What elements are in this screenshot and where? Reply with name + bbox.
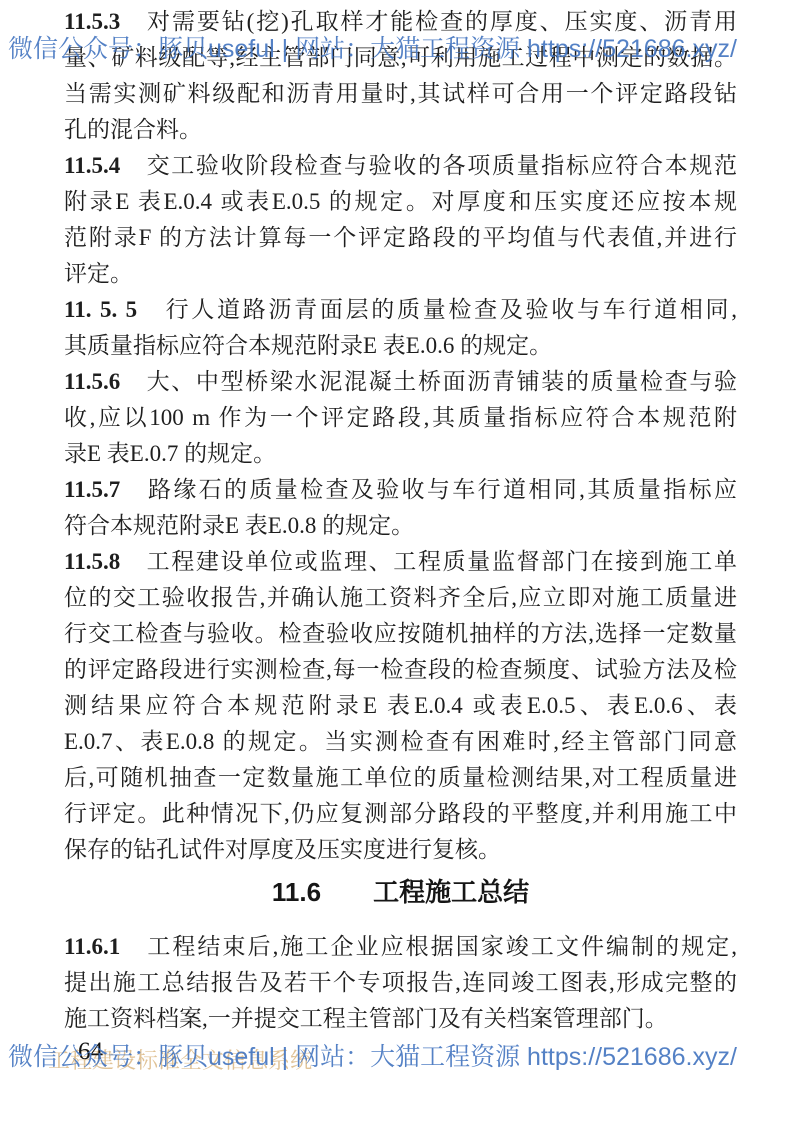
section-number: 11.6 (272, 877, 321, 907)
text-line: 收,应以100 m 作为一个评定路段,其质量指标应符合本规范附 (64, 400, 737, 436)
clause-11-5-4: 11.5.4 交工验收阶段检查与验收的各项质量指标应符合本规范 附录E 表E.0… (64, 148, 737, 292)
clause-text: 交工验收阶段检查与验收的各项质量指标应符合本规范 (120, 153, 737, 178)
text-line: 施工资料档案,一并提交工程主管部门及有关档案管理部门。 (64, 1001, 737, 1037)
clause-number: 11.5.6 (64, 369, 120, 394)
clause-number: 11.5.7 (64, 477, 120, 502)
clause-11-5-5: 11. 5. 5 行人道路沥青面层的质量检查及验收与车行道相同, 其质量指标应符… (64, 292, 737, 364)
clause-11-5-6: 11.5.6 大、中型桥梁水泥混凝土桥面沥青铺装的质量检查与验 收,应以100 … (64, 364, 737, 472)
clause-number: 11.6.1 (64, 934, 120, 959)
clause-number: 11.5.8 (64, 549, 120, 574)
document-body: 11.5.3 对需要钻(挖)孔取样才能检查的厚度、压实度、沥青用 量、矿料级配等… (64, 0, 737, 1037)
clause-number: 11. 5. 5 (64, 297, 137, 322)
section-title: 工程施工总结 (373, 877, 529, 907)
text-line: 11.6.1 工程结束后,施工企业应根据国家竣工文件编制的规定, (64, 929, 737, 965)
clause-text: 工程结束后,施工企业应根据国家竣工文件编制的规定, (120, 934, 737, 959)
text-line: 行评定。此种情况下,仍应复测部分路段的平整度,并利用施工中 (64, 796, 737, 832)
clause-11-5-3: 11.5.3 对需要钻(挖)孔取样才能检查的厚度、压实度、沥青用 量、矿料级配等… (64, 4, 737, 148)
clause-number: 11.5.4 (64, 153, 120, 178)
clause-text: 行人道路沥青面层的质量检查及验收与车行道相同, (137, 297, 737, 322)
text-line: 录E 表E.0.7 的规定。 (64, 436, 737, 472)
text-line: 附录E 表E.0.4 或表E.0.5 的规定。对厚度和压实度还应按本规 (64, 184, 737, 220)
text-line: 11.5.7 路缘石的质量检查及验收与车行道相同,其质量指标应 (64, 472, 737, 508)
document-page: 微信公众号：豚贝useful | 网站：大猫工程资源 https://52168… (0, 0, 800, 1124)
text-line: 孔的混合料。 (64, 112, 737, 148)
clause-11-6-1: 11.6.1 工程结束后,施工企业应根据国家竣工文件编制的规定, 提出施工总结报… (64, 929, 737, 1037)
text-line: 的评定路段进行实测检查,每一检查段的检查频度、试验方法及检 (64, 652, 737, 688)
text-line: 提出施工总结报告及若干个专项报告,连同竣工图表,形成完整的 (64, 965, 737, 1001)
text-line: 测结果应符合本规范附录E 表E.0.4 或表E.0.5、表E.0.6、表 (64, 688, 737, 724)
text-line: 11.5.8 工程建设单位或监理、工程质量监督部门在接到施工单 (64, 544, 737, 580)
text-line: 11.5.6 大、中型桥梁水泥混凝土桥面沥青铺装的质量检查与验 (64, 364, 737, 400)
section-heading: 11.6工程施工总结 (64, 874, 737, 910)
clause-text: 路缘石的质量检查及验收与车行道相同,其质量指标应 (120, 477, 737, 502)
clause-11-5-8: 11.5.8 工程建设单位或监理、工程质量监督部门在接到施工单 位的交工验收报告… (64, 544, 737, 868)
text-line: 保存的钻孔试件对厚度及压实度进行复核。 (64, 832, 737, 868)
text-line: 11. 5. 5 行人道路沥青面层的质量检查及验收与车行道相同, (64, 292, 737, 328)
text-line: 11.5.4 交工验收阶段检查与验收的各项质量指标应符合本规范 (64, 148, 737, 184)
clause-11-5-7: 11.5.7 路缘石的质量检查及验收与车行道相同,其质量指标应 符合本规范附录E… (64, 472, 737, 544)
text-line: 行交工检查与验收。检查验收应按随机抽样的方法,选择一定数量 (64, 616, 737, 652)
text-line: 评定。 (64, 256, 737, 292)
text-line: E.0.7、表E.0.8 的规定。当实测检查有困难时,经主管部门同意 (64, 724, 737, 760)
clause-text: 工程建设单位或监理、工程质量监督部门在接到施工单 (120, 549, 737, 574)
text-line: 11.5.3 对需要钻(挖)孔取样才能检查的厚度、压实度、沥青用 (64, 4, 737, 40)
clause-number: 11.5.3 (64, 9, 120, 34)
text-line: 位的交工验收报告,并确认施工资料齐全后,应立即对施工质量进 (64, 580, 737, 616)
text-line: 量、矿料级配等,经主管部门同意,可利用施工过程中测定的数据。 (64, 40, 737, 76)
text-line: 当需实测矿料级配和沥青用量时,其试样可合用一个评定路段钻 (64, 76, 737, 112)
page-number: 64 (78, 1037, 103, 1067)
text-line: 符合本规范附录E 表E.0.8 的规定。 (64, 508, 737, 544)
clause-text: 对需要钻(挖)孔取样才能检查的厚度、压实度、沥青用 (120, 9, 737, 34)
text-line: 后,可随机抽查一定数量施工单位的质量检测结果,对工程质量进 (64, 760, 737, 796)
text-line: 其质量指标应符合本规范附录E 表E.0.6 的规定。 (64, 328, 737, 364)
text-line: 范附录F 的方法计算每一个评定路段的平均值与代表值,并进行 (64, 220, 737, 256)
clause-text: 大、中型桥梁水泥混凝土桥面沥青铺装的质量检查与验 (120, 369, 737, 394)
